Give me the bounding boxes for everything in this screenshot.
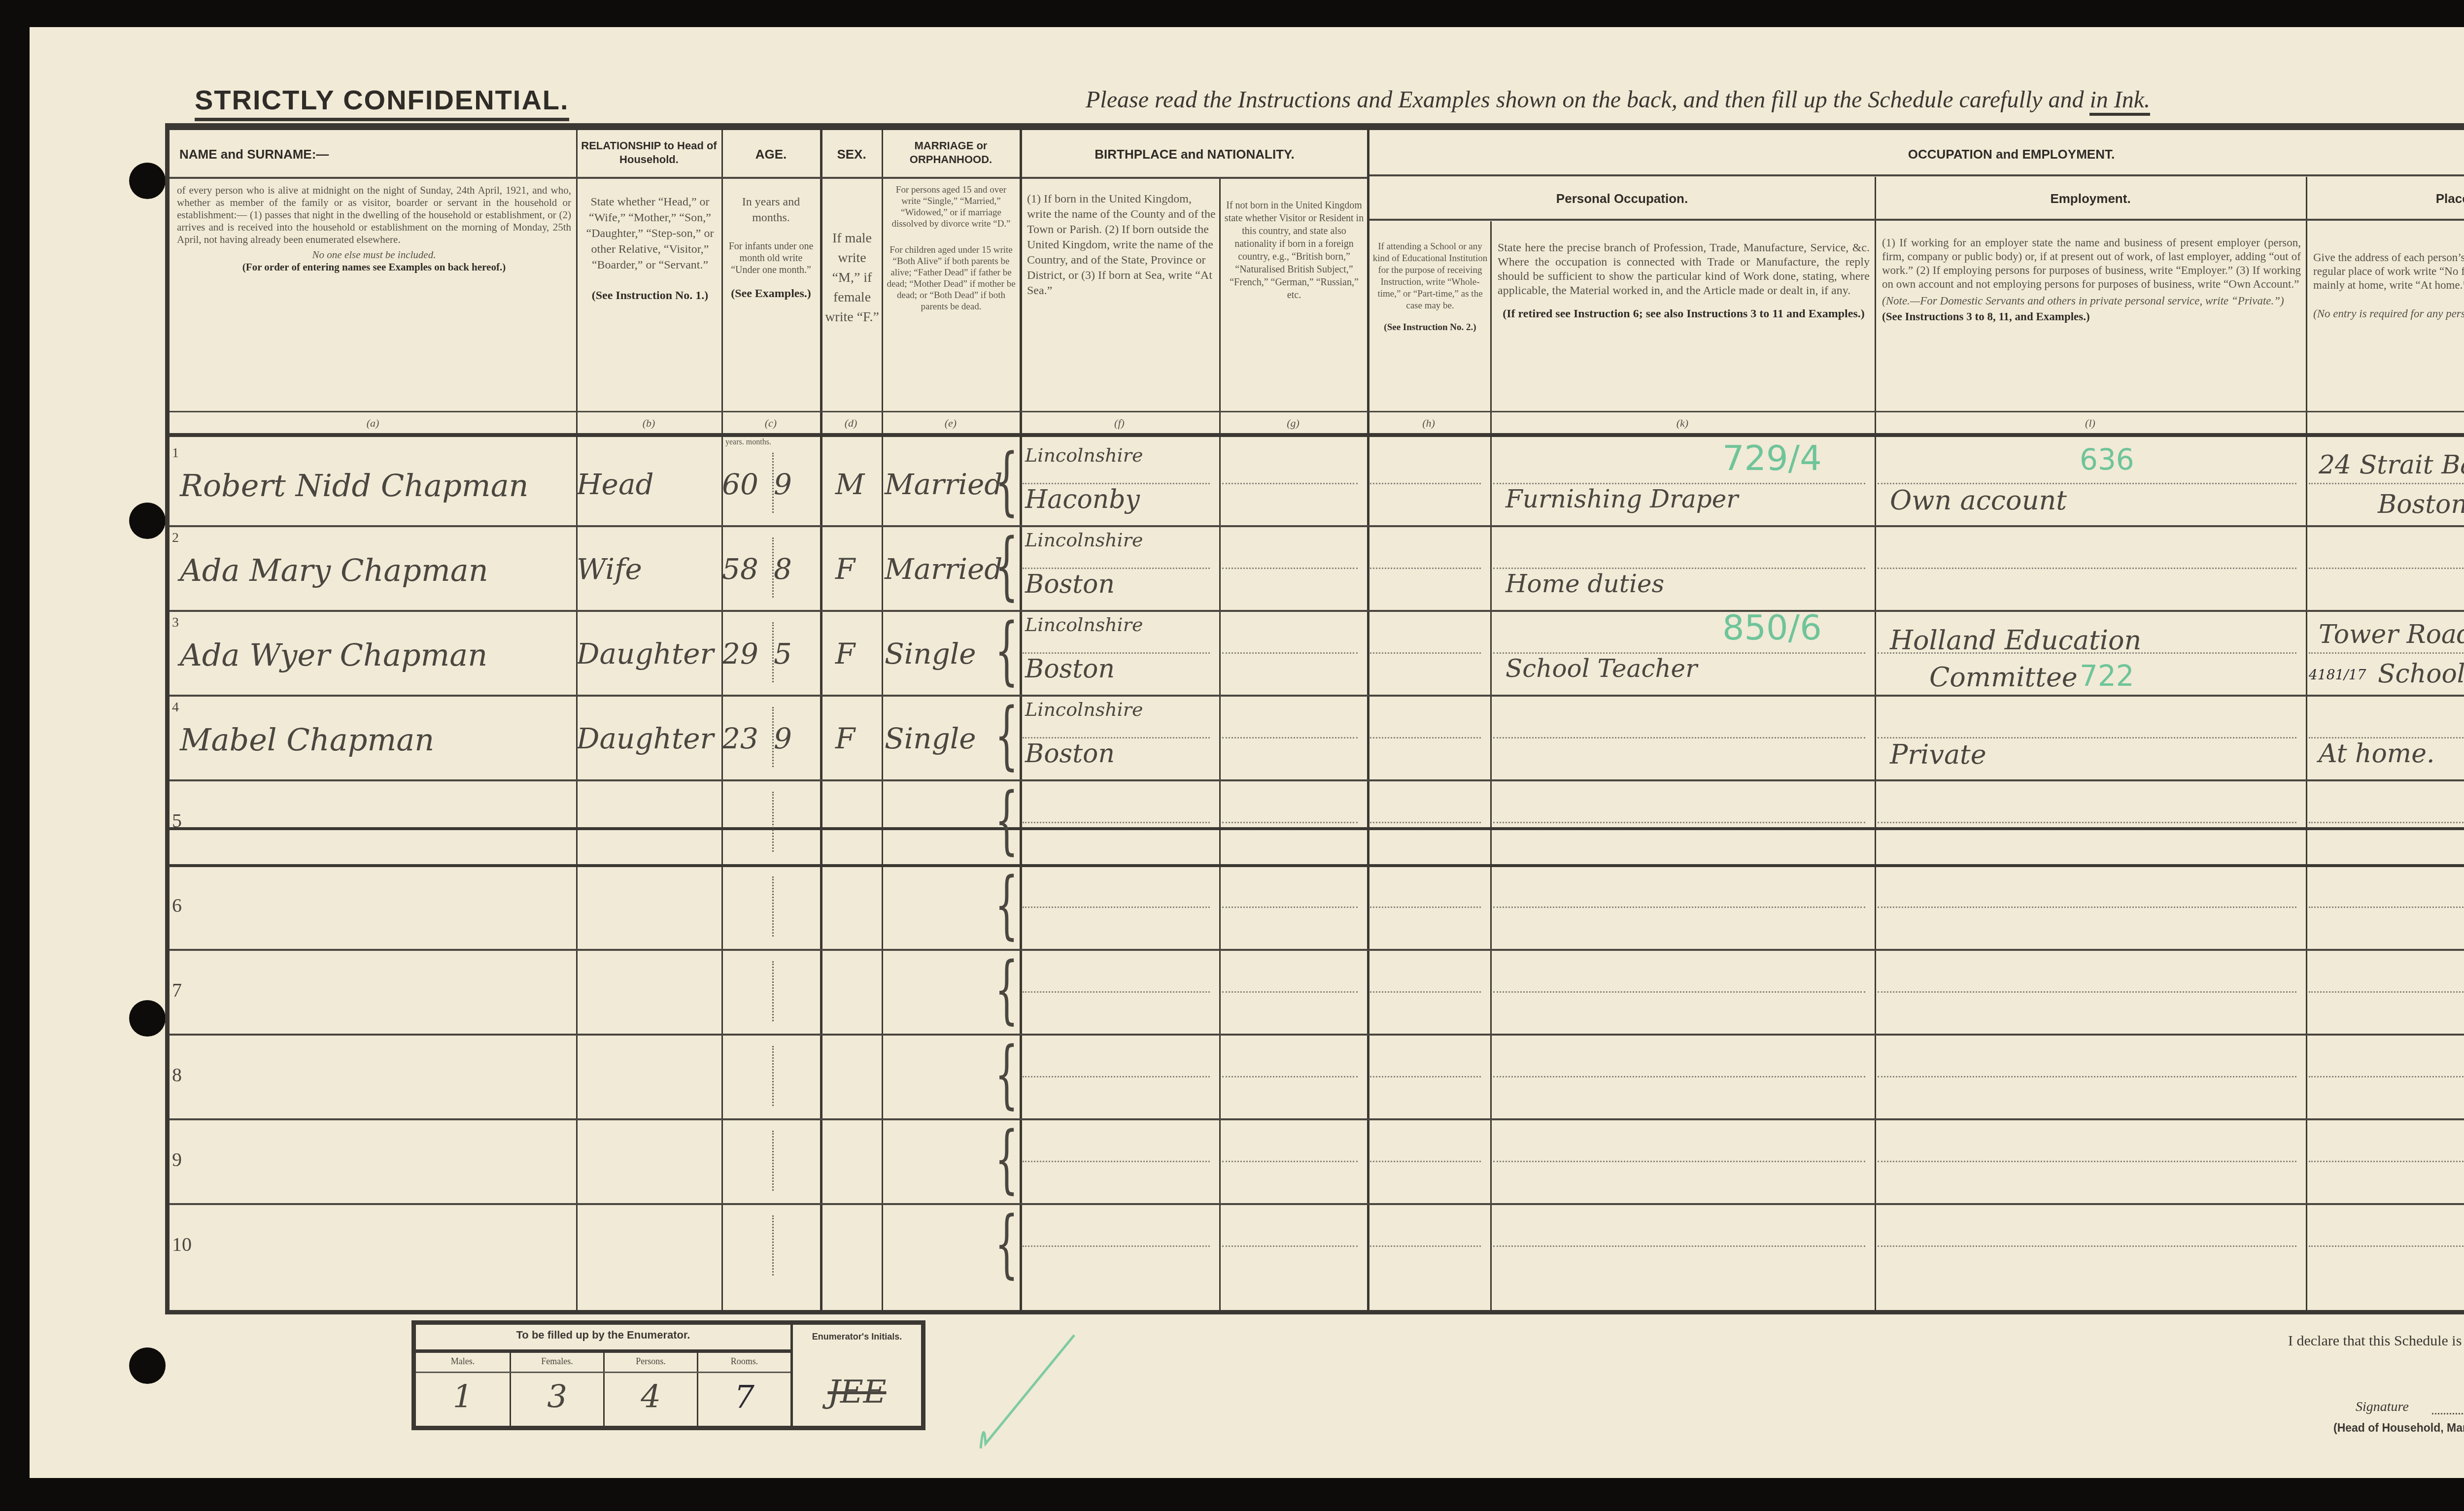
sex-value[interactable]: F <box>835 552 855 586</box>
sex-value[interactable]: M <box>835 468 864 501</box>
sex-value[interactable]: F <box>835 637 855 671</box>
col-sex-instructions: If male write “M,” if female write “F.” <box>825 229 879 327</box>
row-brace: { <box>995 1122 1019 1196</box>
place-of-work-line2[interactable]: School. <box>2378 659 2464 689</box>
enumerator-summary-box: To be filled up by the Enumerator. Enume… <box>411 1320 925 1430</box>
enumerator-initials[interactable]: JEE <box>795 1374 919 1410</box>
col-relationship-title: RELATIONSHIP to Head of Household. <box>578 139 720 167</box>
col-letter-a: (a) <box>170 417 576 430</box>
occupation-code[interactable]: 729/4 <box>1722 438 1822 478</box>
person-name[interactable]: Ada Wyer Chapman <box>180 637 487 673</box>
col-sex-title: SEX. <box>822 147 881 161</box>
col-marriage-instructions: For persons aged 15 and over write “Sing… <box>885 184 1017 312</box>
col-letter-l: (l) <box>1875 417 2306 430</box>
place-of-work[interactable]: 24 Strait Bargate, <box>2319 450 2464 480</box>
row-number: 8 <box>172 1063 182 1086</box>
place-of-work[interactable]: Tower Road <box>2319 620 2464 649</box>
person-name[interactable]: Mabel Chapman <box>180 722 434 758</box>
occupation-code[interactable]: 850/6 <box>1722 607 1822 648</box>
col-place-of-work-title: Place of Work. <box>2307 192 2464 205</box>
relationship-value[interactable]: Head <box>577 468 654 501</box>
persons-count[interactable]: 4 <box>605 1379 697 1415</box>
employment-value[interactable]: Holland Education <box>1890 625 2141 656</box>
col-age-instructions: In years and months. For infants under o… <box>725 194 817 302</box>
col-letter-g: (g) <box>1219 417 1367 430</box>
age-years[interactable]: 23 <box>722 722 758 755</box>
place-of-work-code[interactable]: 4181/17 <box>2309 667 2366 683</box>
personal-occupation[interactable]: Home duties <box>1506 570 1664 598</box>
punch-hole-4 <box>129 1347 166 1384</box>
col-letter-k: (k) <box>1490 417 1875 430</box>
col-age-title: AGE. <box>723 147 819 161</box>
birth-town[interactable]: Boston <box>1025 570 1115 599</box>
col-letter-d: (d) <box>820 417 882 430</box>
row-number: 3 <box>172 615 179 631</box>
row-brace: { <box>995 1207 1019 1281</box>
col-marriage-title: MARRIAGE or ORPHANHOOD. <box>883 139 1019 167</box>
sex-value[interactable]: F <box>835 722 855 755</box>
row-number: 5 <box>172 809 182 832</box>
age-months[interactable]: 8 <box>774 552 792 586</box>
relationship-value[interactable]: Wife <box>577 552 642 586</box>
birth-county[interactable]: Lincolnshire <box>1025 614 1143 636</box>
enumerator-initials-label: Enumerator's Initials. <box>795 1332 919 1342</box>
declaration-text: I declare that this Schedule is correctl… <box>2288 1333 2464 1349</box>
age-months[interactable]: 9 <box>774 722 792 755</box>
person-name[interactable]: Robert Nidd Chapman <box>180 468 529 504</box>
col-name-instructions: of every person who is alive at midnight… <box>177 184 571 273</box>
age-subheading: years. months. <box>725 438 771 447</box>
col-birthplace-title: BIRTHPLACE and NATIONALITY. <box>1022 147 1367 161</box>
signature-line <box>2432 1413 2464 1414</box>
row-brace: { <box>995 699 1019 772</box>
instructions-line: Please read the Instructions and Example… <box>1086 86 2150 113</box>
row-number: 1 <box>172 445 179 461</box>
place-of-work-line2[interactable]: Boston. <box>2378 490 2464 519</box>
col-letter-e: (e) <box>882 417 1020 430</box>
employment-code[interactable]: 636 <box>2080 443 2134 476</box>
row-number: 10 <box>172 1233 192 1256</box>
row-brace: { <box>995 868 1019 942</box>
row-number: 7 <box>172 978 182 1002</box>
col-letter-c: (c) <box>721 417 820 430</box>
age-years[interactable]: 29 <box>722 637 758 671</box>
col-letter-m: (m) <box>2306 417 2464 430</box>
census-table: NAME and SURNAME:— RELATIONSHIP to Head … <box>165 123 2464 1314</box>
punch-hole-1 <box>129 163 166 199</box>
relationship-value[interactable]: Daughter <box>577 722 714 755</box>
age-months[interactable]: 5 <box>774 637 792 671</box>
green-check-icon <box>971 1330 1079 1458</box>
in-ink-emphasis: in Ink. <box>2089 87 2150 116</box>
age-months[interactable]: 9 <box>774 468 792 501</box>
signature-note: (Head of Household, Manager of Establish… <box>2333 1421 2464 1435</box>
females-count[interactable]: 3 <box>511 1379 603 1415</box>
birth-town[interactable]: Boston <box>1025 654 1115 684</box>
marital-status[interactable]: Single <box>885 722 976 755</box>
relationship-value[interactable]: Daughter <box>577 637 714 671</box>
birth-county[interactable]: Lincolnshire <box>1025 444 1143 466</box>
row-brace: { <box>995 783 1019 857</box>
employment-value[interactable]: Private <box>1890 739 1986 770</box>
birth-town[interactable]: Haconby <box>1025 485 1140 514</box>
col-letter-h: (h) <box>1367 417 1490 430</box>
marital-status[interactable]: Single <box>885 637 976 671</box>
age-years[interactable]: 60 <box>722 468 758 501</box>
row-number: 9 <box>172 1148 182 1171</box>
row-brace: { <box>995 614 1019 688</box>
col-place-of-work-instructions: Give the address of each person’s place … <box>2313 251 2464 321</box>
col-birthplace-instructions: (1) If born in the United Kingdom, write… <box>1027 192 1217 299</box>
col-relationship-instructions: State whether “Head,” or “Wife,” “Mother… <box>581 194 719 303</box>
personal-occupation[interactable]: School Teacher <box>1506 654 1697 683</box>
place-of-work[interactable]: At home. <box>2319 739 2434 769</box>
females-label: Females. <box>511 1356 603 1367</box>
punch-hole-2 <box>129 503 166 539</box>
strictly-confidential-heading: STRICTLY CONFIDENTIAL. <box>195 84 569 121</box>
row-number: 2 <box>172 530 179 546</box>
summary-box-title: To be filled up by the Enumerator. <box>416 1325 790 1342</box>
age-years[interactable]: 58 <box>722 552 758 586</box>
row-number: 4 <box>172 700 179 715</box>
col-letter-b: (b) <box>576 417 721 430</box>
marital-status[interactable]: Married <box>885 468 1002 501</box>
signature-label: Signature <box>2356 1399 2409 1415</box>
col-employment-title: Employment. <box>1876 192 2305 205</box>
col-personal-occupation-title: Personal Occupation. <box>1369 192 1875 205</box>
marital-status[interactable]: Married <box>885 552 1002 586</box>
males-label: Males. <box>416 1356 510 1367</box>
col-letter-f: (f) <box>1020 417 1219 430</box>
col-occupation-group-title: OCCUPATION and EMPLOYMENT. <box>1369 147 2464 161</box>
row-brace: { <box>995 1038 1019 1111</box>
rooms-label: Rooms. <box>698 1356 790 1367</box>
males-count[interactable]: 1 <box>416 1379 510 1415</box>
person-name[interactable]: Ada Mary Chapman <box>180 552 488 588</box>
punch-hole-3 <box>129 1000 166 1037</box>
col-nationality-instructions: If not born in the United Kingdom state … <box>1223 199 1365 302</box>
col-name-title: NAME and SURNAME:— <box>170 147 586 161</box>
row-number: 6 <box>172 894 182 917</box>
birth-county[interactable]: Lincolnshire <box>1025 529 1143 551</box>
employment-value-line2[interactable]: Committee <box>1929 662 2078 693</box>
employment-code[interactable]: 722 <box>2080 659 2134 693</box>
persons-label: Persons. <box>605 1356 697 1367</box>
employment-value[interactable]: Own account <box>1890 485 2067 516</box>
birth-county[interactable]: Lincolnshire <box>1025 699 1143 720</box>
col-school-instructions: If attending a School or any kind of Edu… <box>1372 241 1488 334</box>
col-personal-occupation-instructions: State here the precise branch of Profess… <box>1498 241 1870 321</box>
birth-town[interactable]: Boston <box>1025 739 1115 769</box>
row-brace: { <box>995 953 1019 1027</box>
instructions-text: Please read the Instructions and Example… <box>1086 87 2089 113</box>
col-employment-instructions: (1) If working for an employer state the… <box>1882 236 2301 324</box>
rooms-count[interactable]: 7 <box>698 1379 790 1415</box>
personal-occupation[interactable]: Furnishing Draper <box>1506 485 1738 513</box>
